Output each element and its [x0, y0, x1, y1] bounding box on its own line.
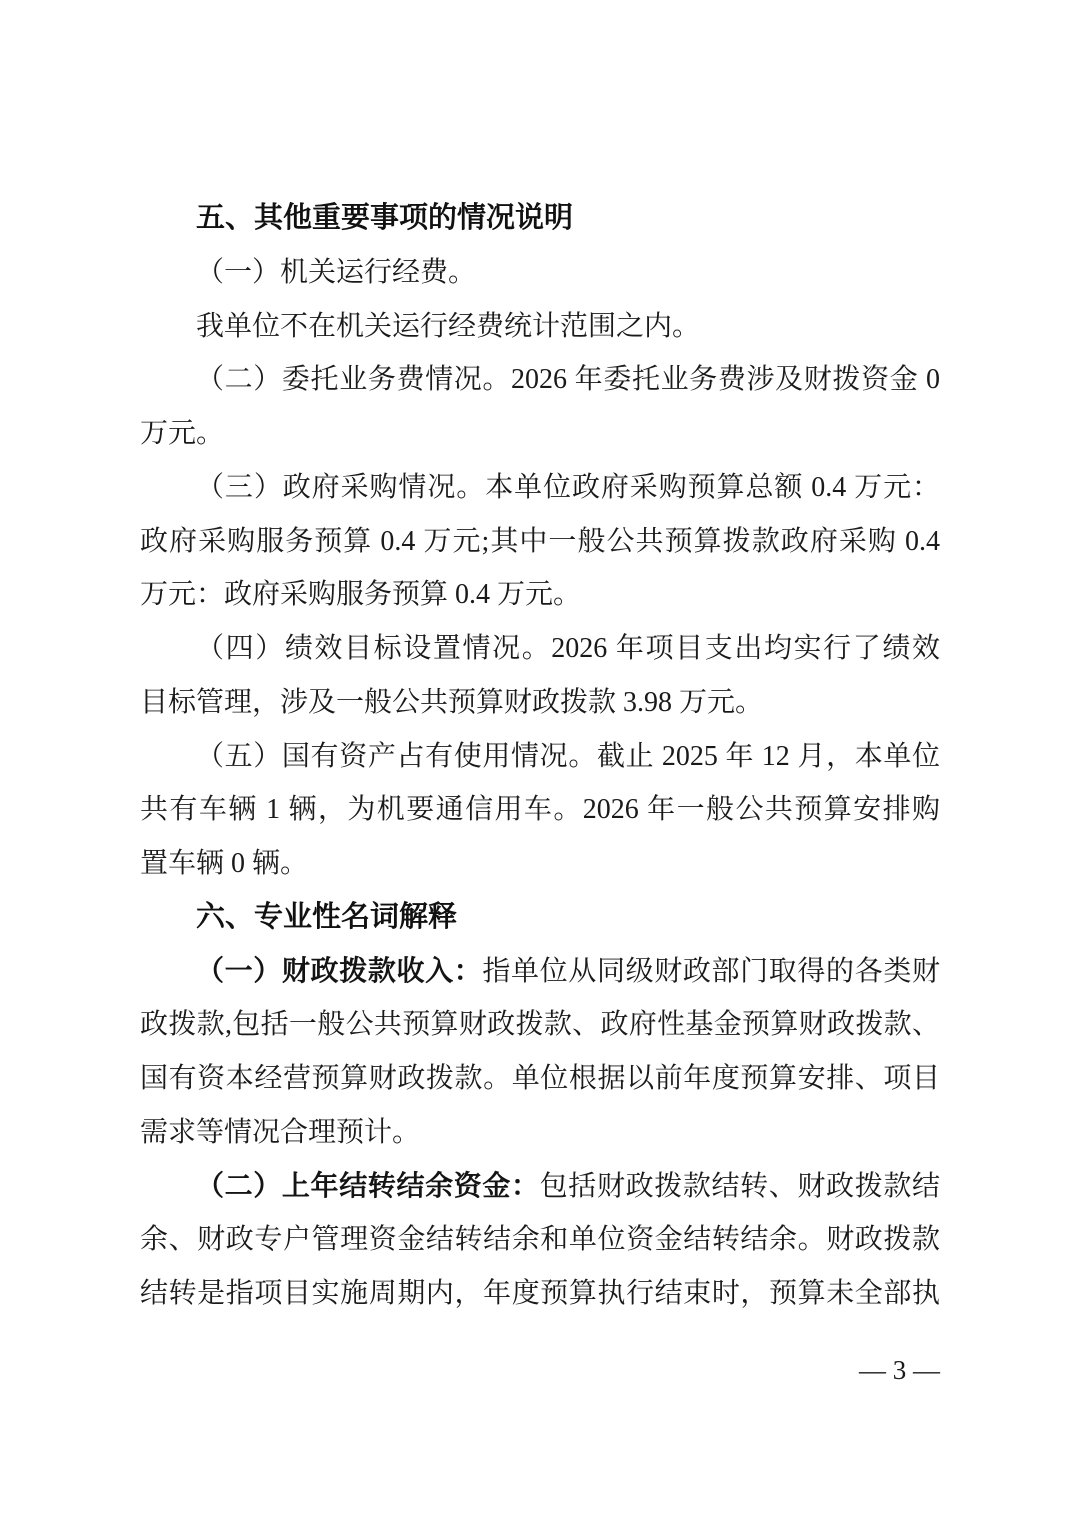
- text-line: 政拨款,包括一般公共预算财政拨款、政府性基金预算财政拨款、: [140, 998, 940, 1052]
- text-segment: （三）政府采购情况。本单位政府采购预算总额 0.4 万元：: [196, 472, 940, 503]
- text-line: 余、财政专户管理资金结转结余和单位资金结转结余。财政拨款: [140, 1213, 940, 1267]
- text-line: 目标管理，涉及一般公共预算财政拨款 3.98 万元。: [140, 676, 940, 730]
- text-line: （二）委托业务费情况。2026 年委托业务费涉及财拨资金 0: [140, 353, 940, 407]
- text-segment: 需求等情况合理预计。: [140, 1117, 420, 1148]
- text-segment: 目标管理，涉及一般公共预算财政拨款 3.98 万元。: [140, 687, 763, 718]
- text-line: （五）国有资产占有使用情况。截止 2025 年 12 月，本单位: [140, 730, 940, 784]
- text-segment: 万元。: [140, 418, 224, 449]
- text-line: 结转是指项目实施周期内，年度预算执行结束时，预算未全部执: [140, 1267, 940, 1321]
- bold-term: 五、其他重要事项的情况说明: [196, 202, 573, 234]
- text-line: 国有资本经营预算财政拨款。单位根据以前年度预算安排、项目: [140, 1052, 940, 1106]
- text-line: 万元：政府采购服务预算 0.4 万元。: [140, 568, 940, 622]
- text-segment: 国有资本经营预算财政拨款。单位根据以前年度预算安排、项目: [140, 1063, 940, 1094]
- text-line: 需求等情况合理预计。: [140, 1106, 940, 1160]
- text-segment: 结转是指项目实施周期内，年度预算执行结束时，预算未全部执: [140, 1278, 940, 1309]
- bold-term: 六、专业性名词解释: [196, 901, 457, 933]
- bold-term: （一）财政拨款收入：: [196, 956, 482, 987]
- text-line: 共有车辆 1 辆，为机要通信用车。2026 年一般公共预算安排购: [140, 783, 940, 837]
- text-segment: 共有车辆 1 辆，为机要通信用车。2026 年一般公共预算安排购: [140, 794, 940, 825]
- document-page: 五、其他重要事项的情况说明（一）机关运行经费。我单位不在机关运行经费统计范围之内…: [0, 0, 1074, 1520]
- text-line: 置车辆 0 辆。: [140, 837, 940, 891]
- text-segment: 我单位不在机关运行经费统计范围之内。: [196, 311, 700, 342]
- bold-term: （二）上年结转结余资金：: [196, 1171, 540, 1202]
- text-segment: 政府采购服务预算 0.4 万元;其中一般公共预算拨款政府采购 0.4: [140, 526, 940, 557]
- text-line: 政府采购服务预算 0.4 万元;其中一般公共预算拨款政府采购 0.4: [140, 515, 940, 569]
- text-segment: （一）机关运行经费。: [196, 257, 476, 288]
- text-segment: （二）委托业务费情况。2026 年委托业务费涉及财拨资金 0: [196, 364, 940, 395]
- text-column: 五、其他重要事项的情况说明（一）机关运行经费。我单位不在机关运行经费统计范围之内…: [140, 192, 940, 1321]
- text-segment: 余、财政专户管理资金结转结余和单位资金结转结余。财政拨款: [140, 1224, 940, 1255]
- text-segment: 指单位从同级财政部门取得的各类财: [482, 956, 940, 987]
- text-segment: 包括财政拨款结转、财政拨款结: [540, 1171, 940, 1202]
- section-heading: 六、专业性名词解释: [140, 891, 940, 945]
- text-line: 我单位不在机关运行经费统计范围之内。: [140, 300, 940, 354]
- text-line: （三）政府采购情况。本单位政府采购预算总额 0.4 万元：: [140, 461, 940, 515]
- text-line: （四）绩效目标设置情况。2026 年项目支出均实行了绩效: [140, 622, 940, 676]
- text-segment: 万元：政府采购服务预算 0.4 万元。: [140, 579, 581, 610]
- text-segment: （五）国有资产占有使用情况。截止 2025 年 12 月，本单位: [196, 741, 940, 772]
- text-line: （一）机关运行经费。: [140, 246, 940, 300]
- text-line: （二）上年结转结余资金：包括财政拨款结转、财政拨款结: [140, 1160, 940, 1214]
- text-line: 万元。: [140, 407, 940, 461]
- page-number: — 3 —: [859, 1352, 940, 1388]
- text-line: （一）财政拨款收入：指单位从同级财政部门取得的各类财: [140, 945, 940, 999]
- text-segment: （四）绩效目标设置情况。2026 年项目支出均实行了绩效: [196, 633, 940, 664]
- text-segment: 政拨款,包括一般公共预算财政拨款、政府性基金预算财政拨款、: [140, 1009, 940, 1040]
- section-heading: 五、其他重要事项的情况说明: [140, 192, 940, 246]
- text-segment: 置车辆 0 辆。: [140, 848, 308, 879]
